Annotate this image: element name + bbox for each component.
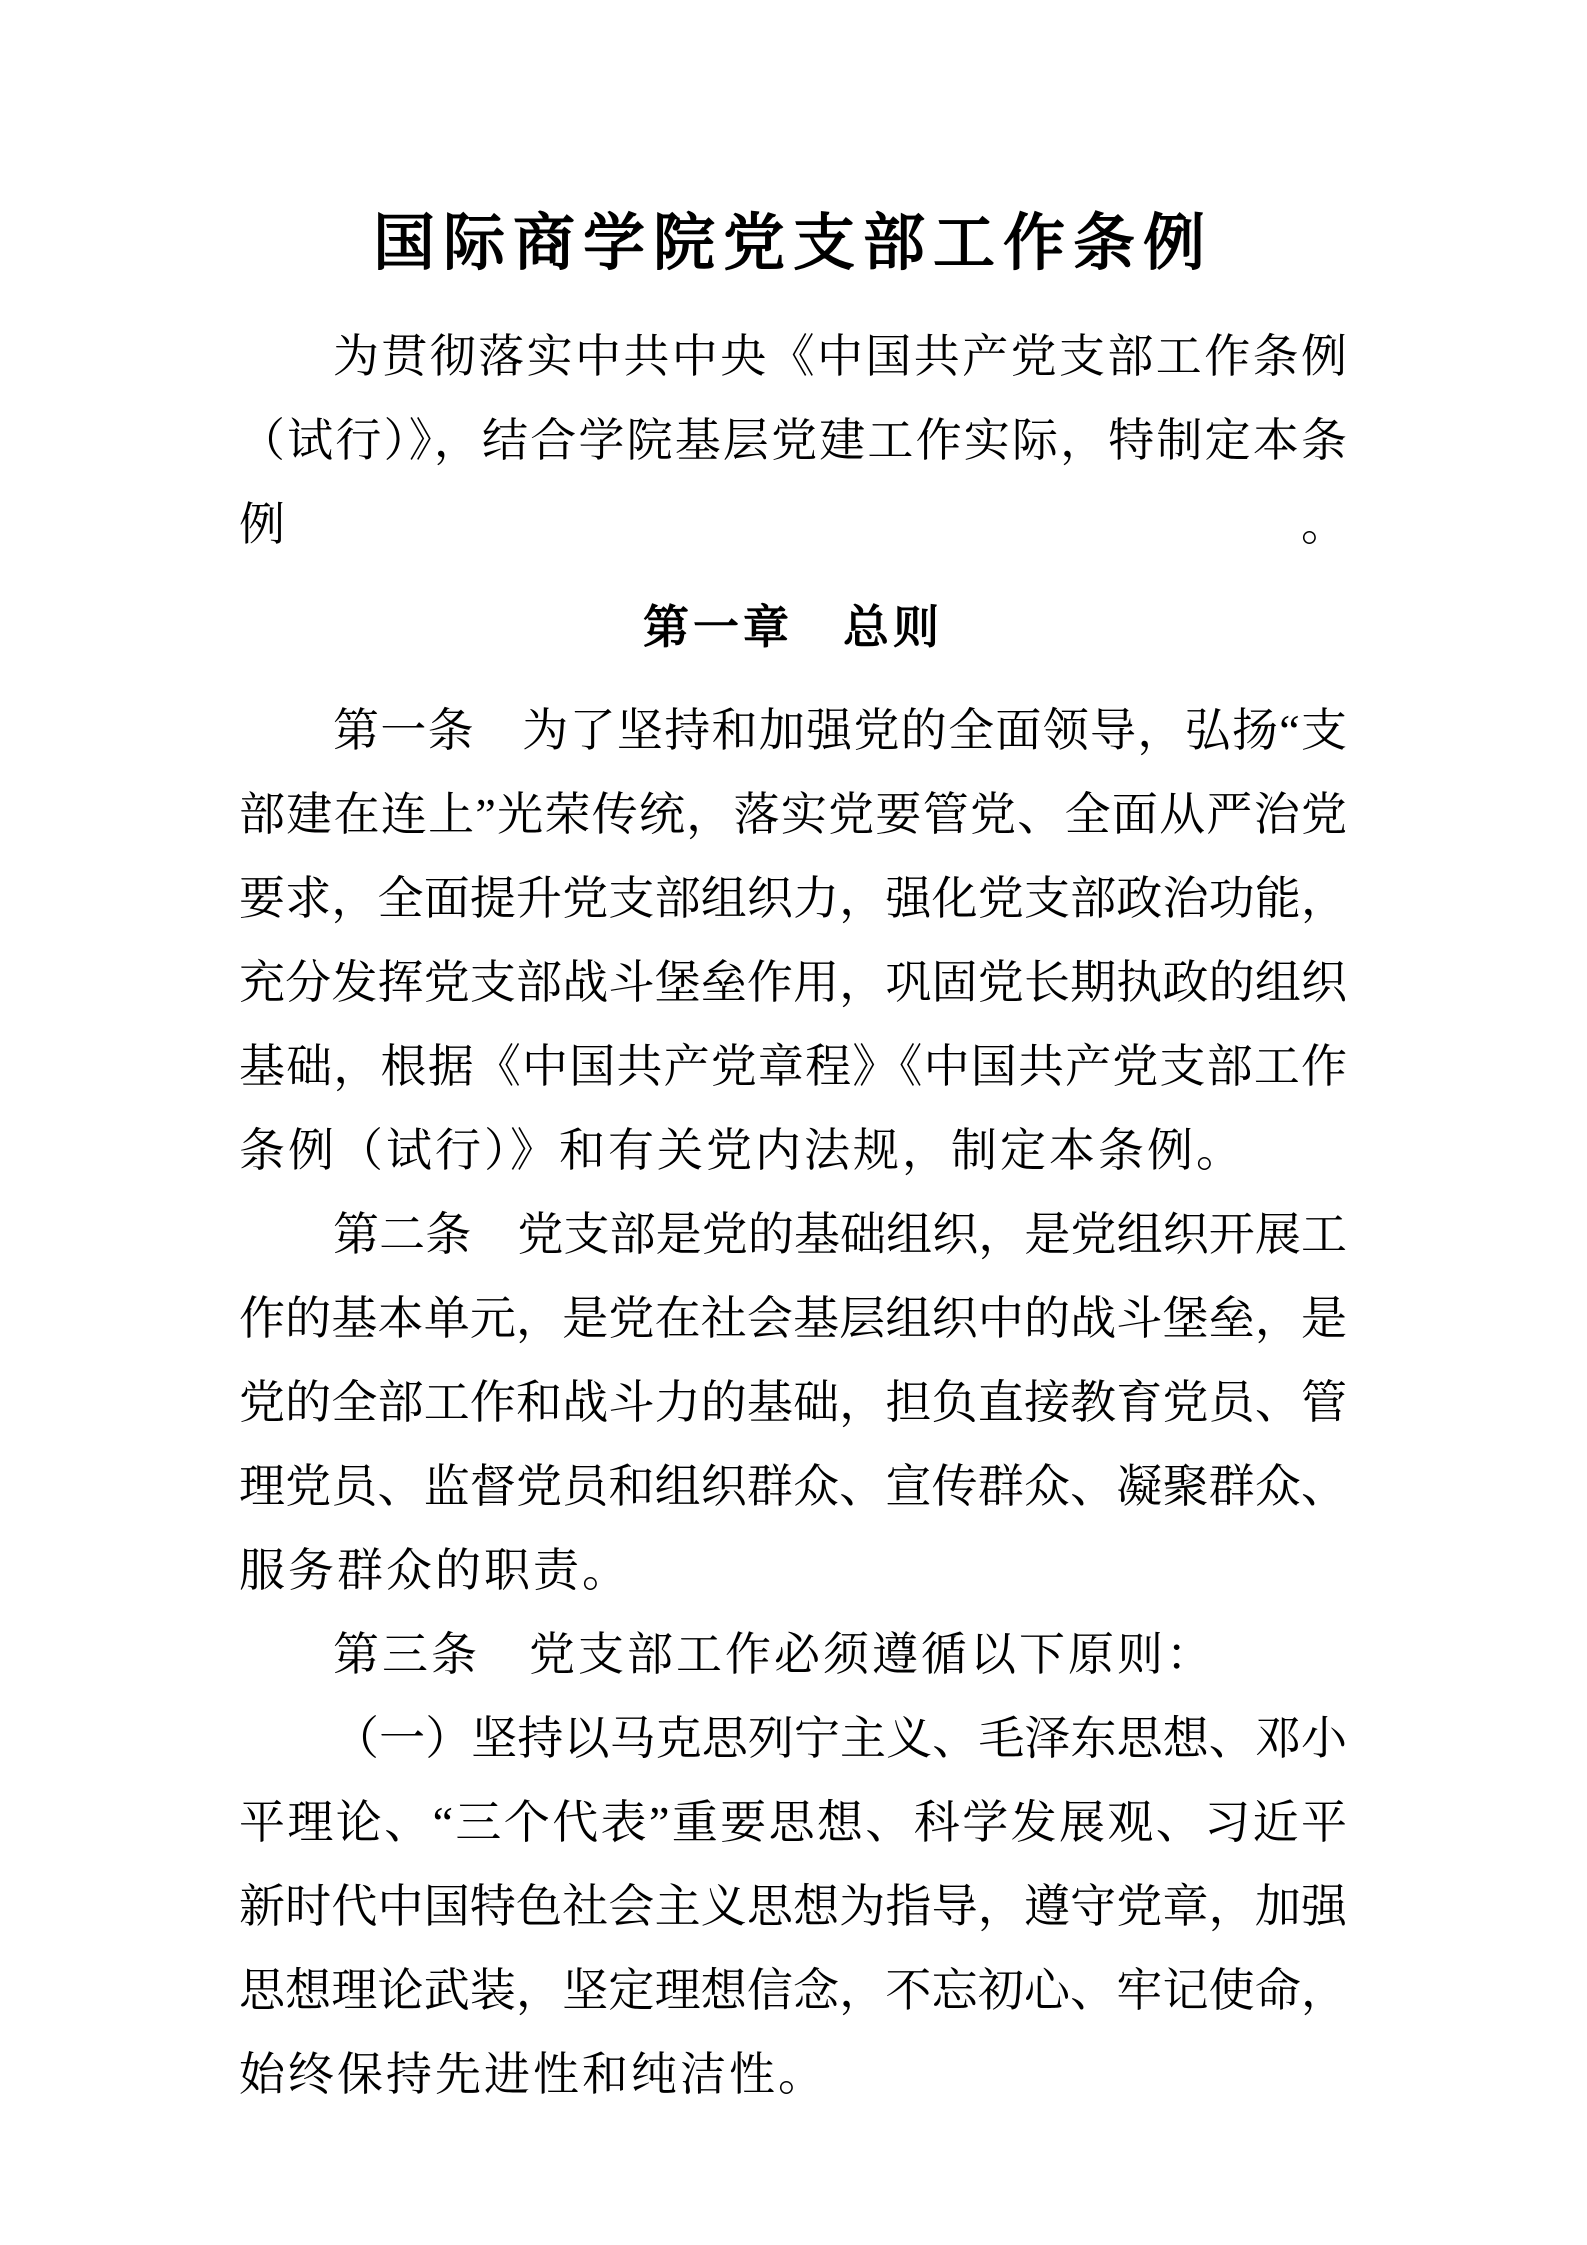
- text-line: 平理论、“三个代表”重要思想、科学发展观、习近平: [239, 1781, 1347, 1865]
- text-line: 服务群众的职责。: [239, 1529, 1347, 1613]
- text-line: 党的全部工作和战斗力的基础，担负直接教育党员、管: [239, 1361, 1347, 1445]
- document-body: 为贯彻落实中共中央《中国共产党支部工作条例（试行）》，结合学院基层党建工作实际，…: [239, 315, 1347, 2117]
- text-line: 第二条 党支部是党的基础组织，是党组织开展工: [239, 1193, 1347, 1277]
- document-page: 国际商学院党支部工作条例 为贯彻落实中共中央《中国共产党支部工作条例（试行）》，…: [0, 0, 1587, 2245]
- text-line: 新时代中国特色社会主义思想为指导，遵守党章，加强: [239, 1865, 1347, 1949]
- text-line: 基础，根据《中国共产党章程》《中国共产党支部工作: [239, 1025, 1347, 1109]
- paragraph-article-1: 第一条 为了坚持和加强党的全面领导，弘扬“支部建在连上”光荣传统，落实党要管党、…: [239, 689, 1347, 1193]
- text-line: 始终保持先进性和纯洁性。: [239, 2033, 1347, 2117]
- paragraph-article-2: 第二条 党支部是党的基础组织，是党组织开展工作的基本单元，是党在社会基层组织中的…: [239, 1193, 1347, 1613]
- text-line: 第一条 为了坚持和加强党的全面领导，弘扬“支: [239, 689, 1347, 773]
- text-line: （一）坚持以马克思列宁主义、毛泽东思想、邓小: [239, 1697, 1347, 1781]
- text-line: 条例（试行）》和有关党内法规，制定本条例。: [239, 1109, 1347, 1193]
- text-line: 思想理论武装，坚定理想信念，不忘初心、牢记使命，: [239, 1949, 1347, 2033]
- text-line: 部建在连上”光荣传统，落实党要管党、全面从严治党: [239, 773, 1347, 857]
- text-line: 第三条 党支部工作必须遵循以下原则：: [239, 1613, 1347, 1697]
- text-line: 要求，全面提升党支部组织力，强化党支部政治功能，: [239, 857, 1347, 941]
- document-title: 国际商学院党支部工作条例: [239, 208, 1347, 280]
- text-line: 为贯彻落实中共中央《中国共产党支部工作条例: [239, 315, 1347, 399]
- paragraph-article-3: 第三条 党支部工作必须遵循以下原则：: [239, 1613, 1347, 1697]
- text-line: 作的基本单元，是党在社会基层组织中的战斗堡垒，是: [239, 1277, 1347, 1361]
- paragraph-principle-1: （一）坚持以马克思列宁主义、毛泽东思想、邓小平理论、“三个代表”重要思想、科学发…: [239, 1697, 1347, 2117]
- text-line: 理党员、监督党员和组织群众、宣传群众、凝聚群众、: [239, 1445, 1347, 1529]
- text-line: 充分发挥党支部战斗堡垒作用，巩固党长期执政的组织: [239, 941, 1347, 1025]
- paragraph-intro: 为贯彻落实中共中央《中国共产党支部工作条例（试行）》，结合学院基层党建工作实际，…: [239, 315, 1347, 567]
- text-line: （试行）》，结合学院基层党建工作实际，特制定本条例。: [239, 399, 1347, 567]
- chapter-heading: 第一章 总则: [239, 585, 1347, 669]
